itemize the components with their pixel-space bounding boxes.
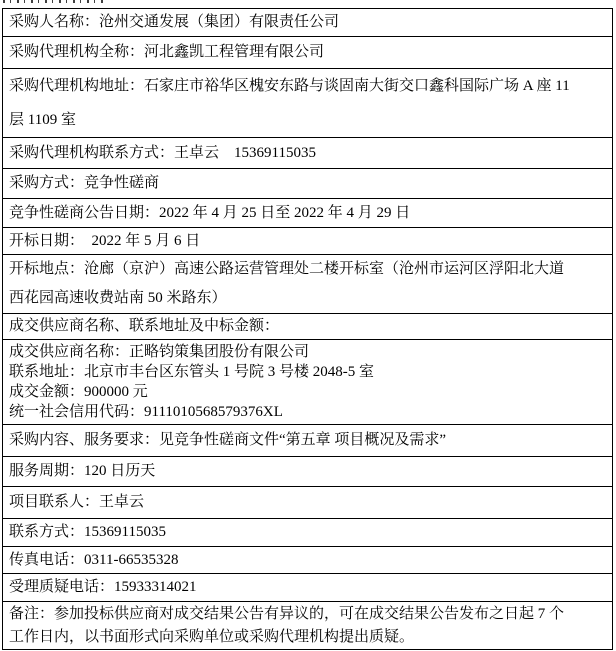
table-row-service-period: 服务周期：120 日历天 (3, 456, 612, 486)
row-line: 采购内容、服务要求：见竞争性磋商文件“第五章 项目概况及需求” (9, 430, 608, 451)
procurement-result-table: 采购人名称：沧州交通发展（集团）有限责任公司 采购代理机构全称：河北鑫凯工程管理… (2, 8, 613, 650)
row-line: 竞争性磋商公告日期：2022 年 4 月 25 日至 2022 年 4 月 29… (9, 203, 608, 224)
row-line: 统一社会信用代码：9111010568579376XL (9, 402, 608, 422)
table-row-fax-phone: 传真电话：0311-66535328 (3, 546, 612, 573)
row-line: 层 1109 室 (9, 103, 608, 137)
document-page: 采购人名称：沧州交通发展（集团）有限责任公司 采购代理机构全称：河北鑫凯工程管理… (0, 0, 616, 651)
table-row-purchaser-name: 采购人名称：沧州交通发展（集团）有限责任公司 (3, 9, 612, 36)
table-row-procurement-method: 采购方式：竞争性磋商 (3, 168, 612, 198)
row-line: 采购代理机构地址：石家庄市裕华区槐安东路与谈固南大街交口鑫科国际广场 A 座 1… (9, 69, 608, 103)
clipped-text-fragment (3, 0, 105, 3)
row-line: 采购方式：竞争性磋商 (9, 173, 608, 194)
row-line: 开标日期： 2022 年 5 月 6 日 (9, 231, 608, 252)
row-line: 成交供应商名称、联系地址及中标金额： (9, 316, 608, 337)
row-line: 成交金额：900000 元 (9, 382, 608, 402)
table-row-bid-opening-date: 开标日期： 2022 年 5 月 6 日 (3, 227, 612, 254)
table-row-winner-details: 成交供应商名称：正略钧策集团股份有限公司 联系地址：北京市丰台区东管头 1 号院… (3, 339, 612, 424)
table-row-contact-phone: 联系方式：15369115035 (3, 518, 612, 546)
table-row-inquiry-phone: 受理质疑电话：15933314021 (3, 573, 612, 601)
row-line: 采购代理机构全称：河北鑫凯工程管理有限公司 (9, 42, 608, 63)
table-row-winner-section-header: 成交供应商名称、联系地址及中标金额： (3, 313, 612, 339)
row-line: 受理质疑电话：15933314021 (9, 577, 608, 598)
row-line: 联系地址：北京市丰台区东管头 1 号院 3 号楼 2048-5 室 (9, 362, 608, 382)
row-line: 备注：参加投标供应商对成交结果公告有异议的，可在成交结果公告发布之日起 7 个 (9, 603, 608, 626)
table-row-agency-address: 采购代理机构地址：石家庄市裕华区槐安东路与谈固南大街交口鑫科国际广场 A 座 1… (3, 68, 612, 137)
row-line: 成交供应商名称：正略钧策集团股份有限公司 (9, 342, 608, 362)
row-line: 传真电话：0311-66535328 (9, 550, 608, 571)
table-row-project-contact-person: 项目联系人：王卓云 (3, 486, 612, 518)
row-line: 采购代理机构联系方式：王卓云 15369115035 (9, 143, 608, 164)
row-line: 联系方式：15369115035 (9, 522, 608, 543)
table-row-procurement-content: 采购内容、服务要求：见竞争性磋商文件“第五章 项目概况及需求” (3, 424, 612, 456)
row-line: 采购人名称：沧州交通发展（集团）有限责任公司 (9, 12, 608, 33)
row-line: 工作日内，以书面形式向采购单位或采购代理机构提出质疑。 (9, 626, 608, 649)
table-row-bid-opening-location: 开标地点：沧廊（京沪）高速公路运营管理处二楼开标室（沧州市运河区浮阳北大道 西花… (3, 254, 612, 313)
table-row-agency-full-name: 采购代理机构全称：河北鑫凯工程管理有限公司 (3, 36, 612, 68)
row-line: 开标地点：沧廊（京沪）高速公路运营管理处二楼开标室（沧州市运河区浮阳北大道 (9, 255, 608, 284)
table-row-announcement-date: 竞争性磋商公告日期：2022 年 4 月 25 日至 2022 年 4 月 29… (3, 198, 612, 227)
row-line: 服务周期：120 日历天 (9, 461, 608, 482)
table-row-remarks: 备注：参加投标供应商对成交结果公告有异议的，可在成交结果公告发布之日起 7 个 … (3, 601, 612, 649)
row-line: 西花园高速收费站南 50 米路东） (9, 284, 608, 313)
row-line: 项目联系人：王卓云 (9, 492, 608, 513)
table-row-agency-contact: 采购代理机构联系方式：王卓云 15369115035 (3, 137, 612, 168)
